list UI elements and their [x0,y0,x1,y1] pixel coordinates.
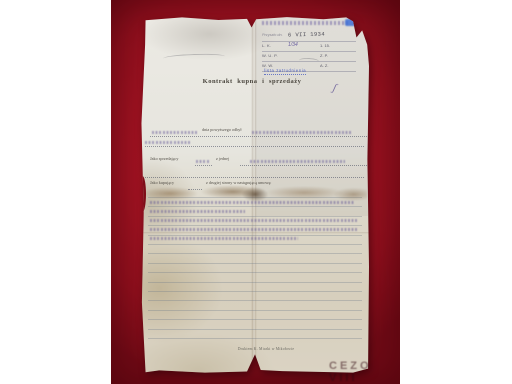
blue-ink-smudge [345,19,360,26]
printer-imprint: Drukiem K. Miarki w Mikołowie [238,347,295,351]
stamp-row-value: Z. P. [320,53,328,58]
dotted-underline [195,164,212,166]
seller-mid-text: z jednej [216,156,229,161]
typed-text-smudge [252,131,352,134]
stamp-row-value: A. Z. [320,63,328,68]
fold-stain-band [143,185,367,202]
torn-edge-gap [139,176,146,212]
dotted-underline [145,176,364,178]
typed-text-smudge [250,160,345,163]
ruled-line [148,253,362,254]
document-title: Kontrakt kupna i sprzedaży [141,78,363,85]
dotted-underline [145,145,364,147]
form-printed-text: dnia powyższego odbył [202,127,242,132]
ruled-line [148,272,362,273]
ruled-line [148,244,362,245]
document-paper: Przyszło dn. 6 VII 1934 L. K. 1/34 1. 15… [141,16,369,374]
typed-text-smudge [152,131,198,134]
typed-text-smudge [196,160,210,163]
received-label: Przyszło dn. [262,33,283,37]
ruled-line [148,291,362,292]
office-stamp-box: Przyszło dn. 6 VII 1934 L. K. 1/34 1. 15… [262,20,356,80]
blue-dotted-line-text: lista zatrudnienia [264,68,306,75]
ruled-line [148,310,362,311]
ruled-line [148,319,362,320]
typed-text-smudge [150,237,298,240]
stamp-row-label: W. U. P. [262,53,278,58]
ruled-line [148,225,362,226]
ruled-line [148,329,362,330]
stamp-row-value: 1. 15. [320,43,330,48]
photo-watermark: CEZO VIII [329,360,400,384]
ruled-line [148,263,362,264]
stamp-row-label: L. K. [262,43,271,48]
typed-text-smudge [150,210,245,213]
photo-red-cloth-background: Przyszło dn. 6 VII 1934 L. K. 1/34 1. 15… [111,0,400,384]
stamp-row-handwriting: 1/34 [288,42,298,48]
ruled-line [148,206,362,207]
typed-text-smudge [150,228,357,231]
date-stamp: 6 VII 1934 [288,31,325,39]
purple-stamp-smudge [262,21,350,25]
ruled-line [148,338,362,339]
ruled-line [148,282,362,283]
ruled-line [148,235,362,236]
contract-document: Przyszło dn. 6 VII 1934 L. K. 1/34 1. 15… [141,16,369,374]
screenshot-canvas: Przyszło dn. 6 VII 1934 L. K. 1/34 1. 15… [0,0,512,384]
ruled-line [148,216,362,217]
pencil-scribble [163,53,225,62]
typed-text-smudge [145,141,190,144]
dotted-underline [240,164,459,166]
ruled-line [148,300,362,301]
dotted-underline [150,135,369,137]
typed-text-smudge [150,219,357,222]
seller-label: Jako sprzedający [150,156,179,161]
